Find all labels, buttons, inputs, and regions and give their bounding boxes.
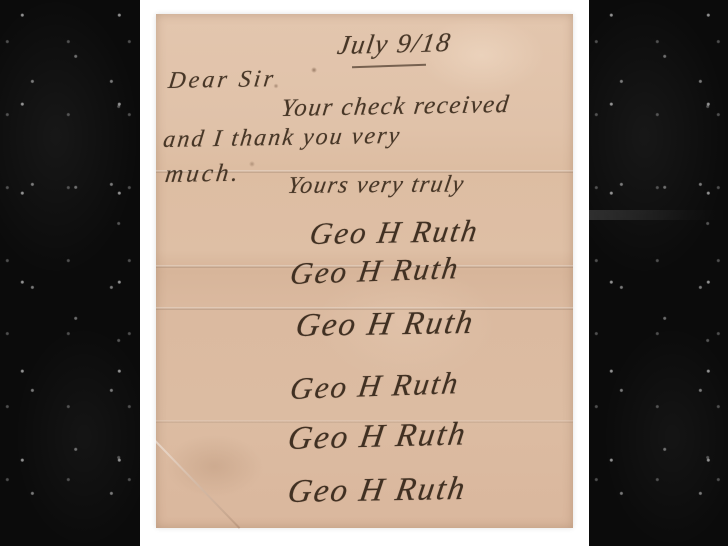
letter-body-line: much. [164, 160, 243, 189]
framed-photo: July 9/18 Dear Sir Your check received a… [0, 0, 728, 546]
letter-body-line: and I thank you very [162, 123, 403, 154]
signature-line: Geo H Ruth [307, 213, 481, 252]
letter-date: July 9/18 [335, 27, 453, 61]
black-texture-right-edge [589, 0, 728, 546]
signature-line: Geo H Ruth [288, 365, 462, 407]
signature-line: Geo H Ruth [285, 471, 469, 511]
black-texture-left-edge [0, 0, 140, 546]
signature-line: Geo H Ruth [285, 416, 469, 458]
letter-body-line: Your check received [280, 91, 512, 123]
date-underline-stroke [352, 64, 426, 69]
handwritten-letter-photo: July 9/18 Dear Sir Your check received a… [156, 14, 573, 528]
letter-salutation: Dear Sir [167, 66, 278, 95]
signature-line: Geo H Ruth [288, 250, 462, 292]
signature-line: Geo H Ruth [293, 305, 477, 345]
corner-crease [149, 434, 241, 529]
letter-closing: Yours very truly [285, 171, 466, 200]
